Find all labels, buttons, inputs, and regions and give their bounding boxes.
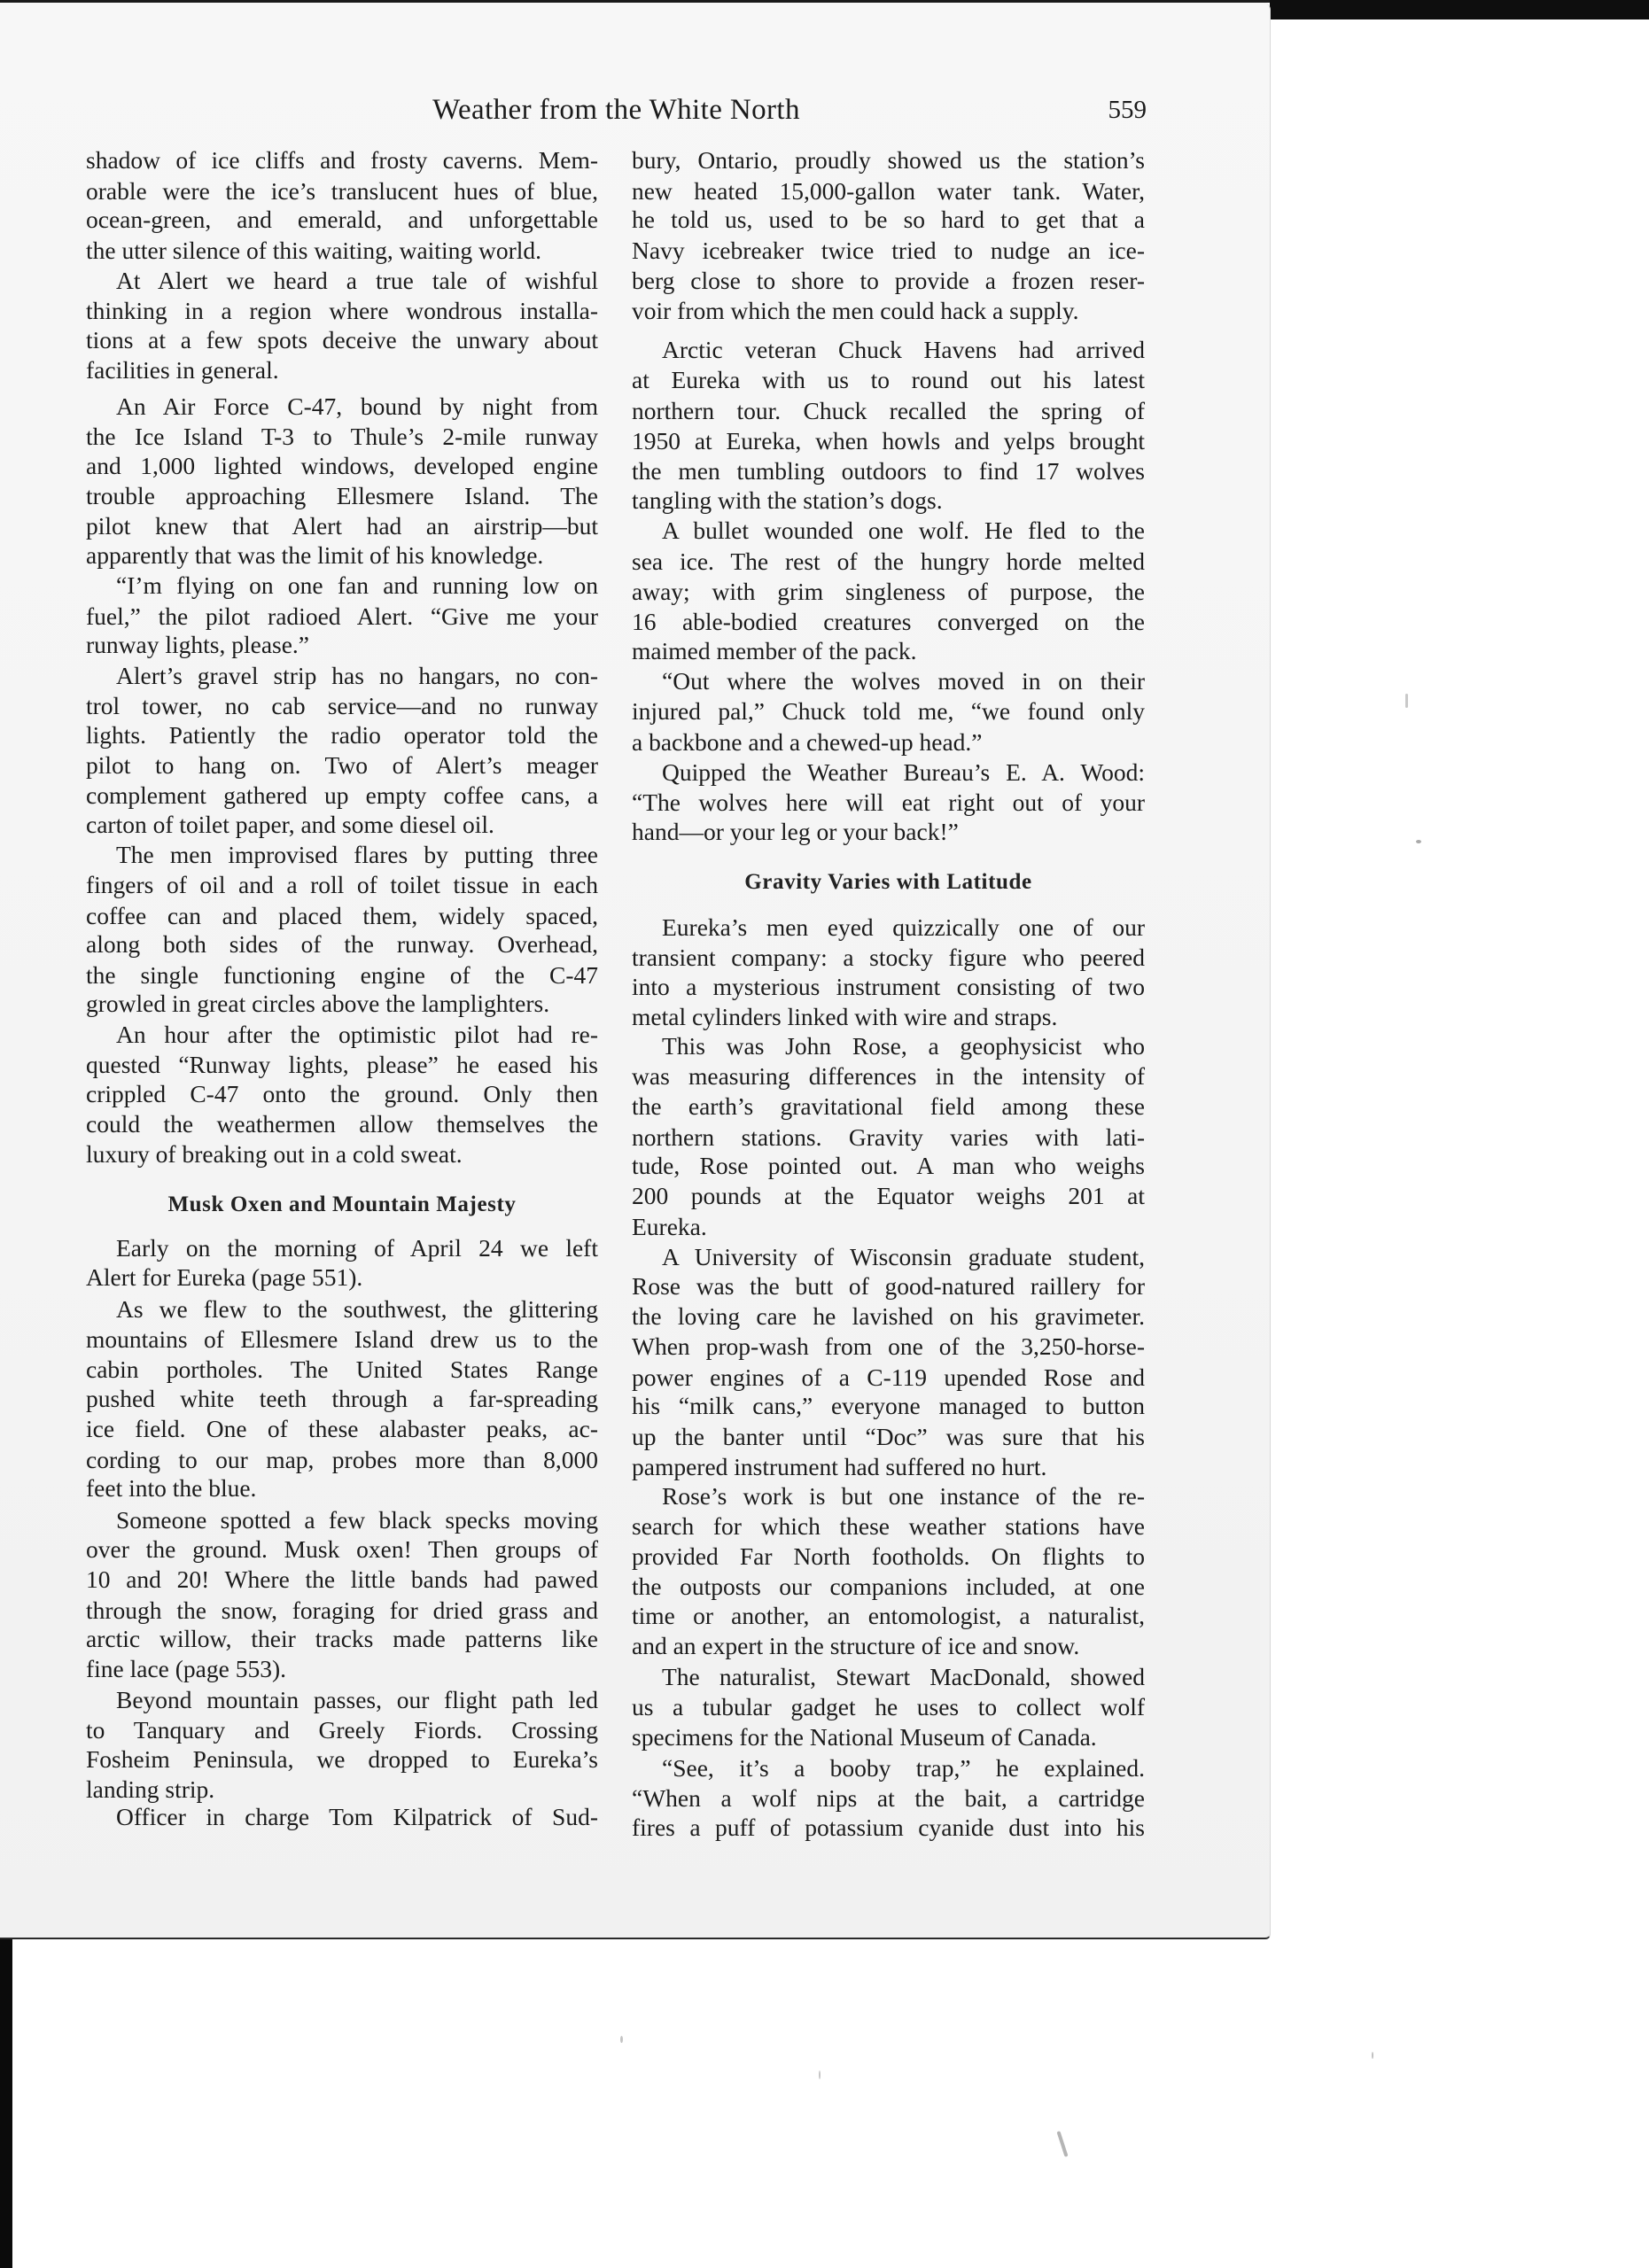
text-line: his “milk cans,” everyone managed to but… bbox=[632, 1391, 1145, 1421]
text-line: he told us, used to be so hard to get th… bbox=[632, 205, 1145, 235]
text-line: trol tower, no cab service—and no runway bbox=[86, 691, 598, 721]
text-line: away; with grim singleness of purpose, t… bbox=[632, 577, 1145, 607]
text-line: mountains of Ellesmere Island drew us to… bbox=[86, 1324, 598, 1355]
text-line: pampered instrument had suffered no hurt… bbox=[632, 1452, 1145, 1482]
text-line: orable were the ice’s translucent hues o… bbox=[86, 176, 598, 206]
text-line: Alert’s gravel strip has no hangars, no … bbox=[116, 661, 598, 691]
text-line: time or another, an entomologist, a natu… bbox=[632, 1601, 1145, 1631]
text-line: sea ice. The rest of the hungry horde me… bbox=[632, 547, 1145, 577]
text-line: A University of Wisconsin graduate stude… bbox=[662, 1242, 1145, 1272]
text-line: At Alert we heard a true tale of wishful bbox=[116, 266, 598, 296]
text-line: runway lights, please.” bbox=[86, 630, 598, 660]
text-line: “Out where the wolves moved in on their bbox=[662, 666, 1145, 696]
text-line: shadow of ice cliffs and frosty caverns.… bbox=[86, 145, 598, 175]
text-line: Early on the morning of April 24 we left bbox=[116, 1233, 598, 1263]
text-line: at Eureka with us to round out his lates… bbox=[632, 365, 1145, 395]
text-line: Arctic veteran Chuck Havens had arrived bbox=[662, 335, 1145, 365]
text-line: could the weathermen allow themselves th… bbox=[86, 1109, 598, 1139]
text-line: through the snow, foraging for dried gra… bbox=[86, 1596, 598, 1626]
text-line: search for which these weather stations … bbox=[632, 1511, 1145, 1542]
text-line: Someone spotted a few black specks movin… bbox=[116, 1505, 598, 1535]
scan-speck bbox=[819, 2070, 821, 2079]
text-line: up the banter until “Doc” was sure that … bbox=[632, 1422, 1145, 1452]
text-line: arctic willow, their tracks made pattern… bbox=[86, 1624, 598, 1654]
text-line: trouble approaching Ellesmere Island. Th… bbox=[86, 481, 598, 511]
text-line: luxury of breaking out in a cold sweat. bbox=[86, 1139, 598, 1169]
text-line: the men tumbling outdoors to find 17 wol… bbox=[632, 456, 1145, 486]
text-line: Navy icebreaker twice tried to nudge an … bbox=[632, 236, 1145, 266]
text-line: “I’m flying on one fan and running low o… bbox=[116, 571, 598, 601]
text-line: provided Far North footholds. On flights… bbox=[632, 1542, 1145, 1572]
text-line: the single functioning engine of the C-4… bbox=[86, 960, 598, 990]
text-line: metal cylinders linked with wire and str… bbox=[632, 1002, 1145, 1032]
text-line: injured pal,” Chuck told me, “we found o… bbox=[632, 696, 1145, 726]
text-line: the Ice Island T-3 to Thule’s 2-mile run… bbox=[86, 422, 598, 452]
text-line: 10 and 20! Where the little bands had pa… bbox=[86, 1565, 598, 1595]
text-line: lights. Patiently the radio operator tol… bbox=[86, 720, 598, 750]
text-line: us a tubular gadget he uses to collect w… bbox=[632, 1692, 1145, 1722]
text-line: “See, it’s a booby trap,” he explained. bbox=[662, 1753, 1145, 1783]
text-line: When prop-wash from one of the 3,250-hor… bbox=[632, 1332, 1145, 1362]
text-line: feet into the blue. bbox=[86, 1473, 598, 1503]
text-line: a backbone and a chewed-up head.” bbox=[632, 727, 1145, 757]
scan-edge-top-right bbox=[1270, 0, 1649, 19]
text-line: and 1,000 lighted windows, developed eng… bbox=[86, 451, 598, 481]
text-line: transient company: a stocky figure who p… bbox=[632, 943, 1145, 973]
text-line: the loving care he lavished on his gravi… bbox=[632, 1301, 1145, 1332]
scan-speck bbox=[1416, 840, 1421, 843]
text-line: carton of toilet paper, and some diesel … bbox=[86, 810, 598, 840]
text-line: coffee can and placed them, widely space… bbox=[86, 901, 598, 931]
text-line: the earth’s gravitational field among th… bbox=[632, 1091, 1145, 1122]
text-line: northern stations. Gravity varies with l… bbox=[632, 1122, 1145, 1153]
page-number: 559 bbox=[1097, 92, 1147, 128]
text-line: Eureka’s men eyed quizzically one of our bbox=[662, 913, 1145, 943]
text-line: Officer in charge Tom Kilpatrick of Sud- bbox=[116, 1802, 598, 1832]
text-line: cording to our map, probes more than 8,0… bbox=[86, 1445, 598, 1475]
text-line: “The wolves here will eat right out of y… bbox=[632, 788, 1145, 818]
text-line: over the ground. Musk oxen! Then groups … bbox=[86, 1534, 598, 1565]
text-line: fine lace (page 553). bbox=[86, 1654, 598, 1684]
text-line: ocean-green, and emerald, and unforgetta… bbox=[86, 205, 598, 235]
scan-speck bbox=[620, 2036, 623, 2043]
text-line: Eureka. bbox=[632, 1212, 1145, 1242]
text-line: Quipped the Weather Bureau’s E. A. Wood: bbox=[662, 757, 1145, 788]
running-head: Weather from the White North bbox=[398, 92, 835, 128]
text-line: facilities in general. bbox=[86, 355, 598, 385]
text-line: An hour after the optimistic pilot had r… bbox=[116, 1020, 598, 1050]
text-line: 16 able-bodied creatures converged on th… bbox=[632, 607, 1145, 637]
scan-speck bbox=[1372, 2052, 1373, 2059]
text-line: power engines of a C-119 upended Rose an… bbox=[632, 1363, 1145, 1393]
text-line: crippled C-47 onto the ground. Only then bbox=[86, 1079, 598, 1109]
text-line: This was John Rose, a geophysicist who bbox=[662, 1031, 1145, 1061]
text-line: fires a puff of potassium cyanide dust i… bbox=[632, 1813, 1145, 1843]
text-line: 200 pounds at the Equator weighs 201 at bbox=[632, 1181, 1145, 1211]
text-line: to Tanquary and Greely Fiords. Crossing bbox=[86, 1715, 598, 1745]
text-line: An Air Force C-47, bound by night from bbox=[116, 392, 598, 422]
text-line: new heated 15,000-gallon water tank. Wat… bbox=[632, 176, 1145, 206]
text-line: hand—or your leg or your back!” bbox=[632, 817, 1145, 847]
text-line: tude, Rose pointed out. A man who weighs bbox=[632, 1151, 1145, 1181]
text-line: bury, Ontario, proudly showed us the sta… bbox=[632, 145, 1145, 175]
text-line: pilot to hang on. Two of Alert’s meager bbox=[86, 750, 598, 781]
text-line: tions at a few spots deceive the unwary … bbox=[86, 325, 598, 355]
text-line: The men improvised flares by putting thr… bbox=[116, 840, 598, 870]
text-line: was measuring differences in the intensi… bbox=[632, 1061, 1145, 1091]
section-heading: Musk Oxen and Mountain Majesty bbox=[86, 1190, 598, 1220]
text-line: thinking in a region where wondrous inst… bbox=[86, 296, 598, 326]
text-line: berg close to shore to provide a frozen … bbox=[632, 266, 1145, 296]
text-line: pushed white teeth through a far-spreadi… bbox=[86, 1384, 598, 1414]
text-line: the utter silence of this waiting, waiti… bbox=[86, 236, 598, 266]
text-line: Fosheim Peninsula, we dropped to Eureka’… bbox=[86, 1744, 598, 1775]
text-line: and an expert in the structure of ice an… bbox=[632, 1631, 1145, 1661]
text-line: Rose was the butt of good-natured raille… bbox=[632, 1271, 1145, 1301]
scan-speck bbox=[1056, 2131, 1068, 2157]
text-line: “When a wolf nips at the bait, a cartrid… bbox=[632, 1783, 1145, 1814]
scan-speck bbox=[1405, 694, 1408, 708]
text-line: specimens for the National Museum of Can… bbox=[632, 1722, 1145, 1752]
scan-edge-left bbox=[0, 1938, 12, 2268]
text-line: northern tour. Chuck recalled the spring… bbox=[632, 396, 1145, 426]
text-line: pilot knew that Alert had an airstrip—bu… bbox=[86, 511, 598, 541]
text-line: landing strip. bbox=[86, 1775, 598, 1805]
text-line: growled in great circles above the lampl… bbox=[86, 989, 598, 1019]
text-line: Rose’s work is but one instance of the r… bbox=[662, 1481, 1145, 1511]
text-line: ice field. One of these alabaster peaks,… bbox=[86, 1414, 598, 1444]
section-heading: Gravity Varies with Latitude bbox=[632, 867, 1145, 897]
text-line: quested “Runway lights, please” he eased… bbox=[86, 1050, 598, 1080]
text-line: 1950 at Eureka, when howls and yelps bro… bbox=[632, 426, 1145, 456]
text-line: The naturalist, Stewart MacDonald, showe… bbox=[662, 1662, 1145, 1692]
text-line: along both sides of the runway. Overhead… bbox=[86, 929, 598, 959]
text-line: fingers of oil and a roll of toilet tiss… bbox=[86, 870, 598, 900]
text-line: tangling with the station’s dogs. bbox=[632, 485, 1145, 516]
text-line: Beyond mountain passes, our flight path … bbox=[116, 1685, 598, 1715]
text-line: the outposts our companions included, at… bbox=[632, 1572, 1145, 1602]
text-line: Alert for Eureka (page 551). bbox=[86, 1262, 598, 1293]
text-line: voir from which the men could hack a sup… bbox=[632, 296, 1145, 326]
text-line: cabin portholes. The United States Range bbox=[86, 1355, 598, 1385]
text-line: into a mysterious instrument consisting … bbox=[632, 972, 1145, 1002]
text-line: As we flew to the southwest, the glitter… bbox=[116, 1294, 598, 1324]
text-line: fuel,” the pilot radioed Alert. “Give me… bbox=[86, 602, 598, 632]
text-line: maimed member of the pack. bbox=[632, 636, 1145, 666]
text-line: A bullet wounded one wolf. He fled to th… bbox=[662, 516, 1145, 546]
text-line: complement gathered up empty coffee cans… bbox=[86, 781, 598, 811]
text-line: apparently that was the limit of his kno… bbox=[86, 540, 598, 571]
